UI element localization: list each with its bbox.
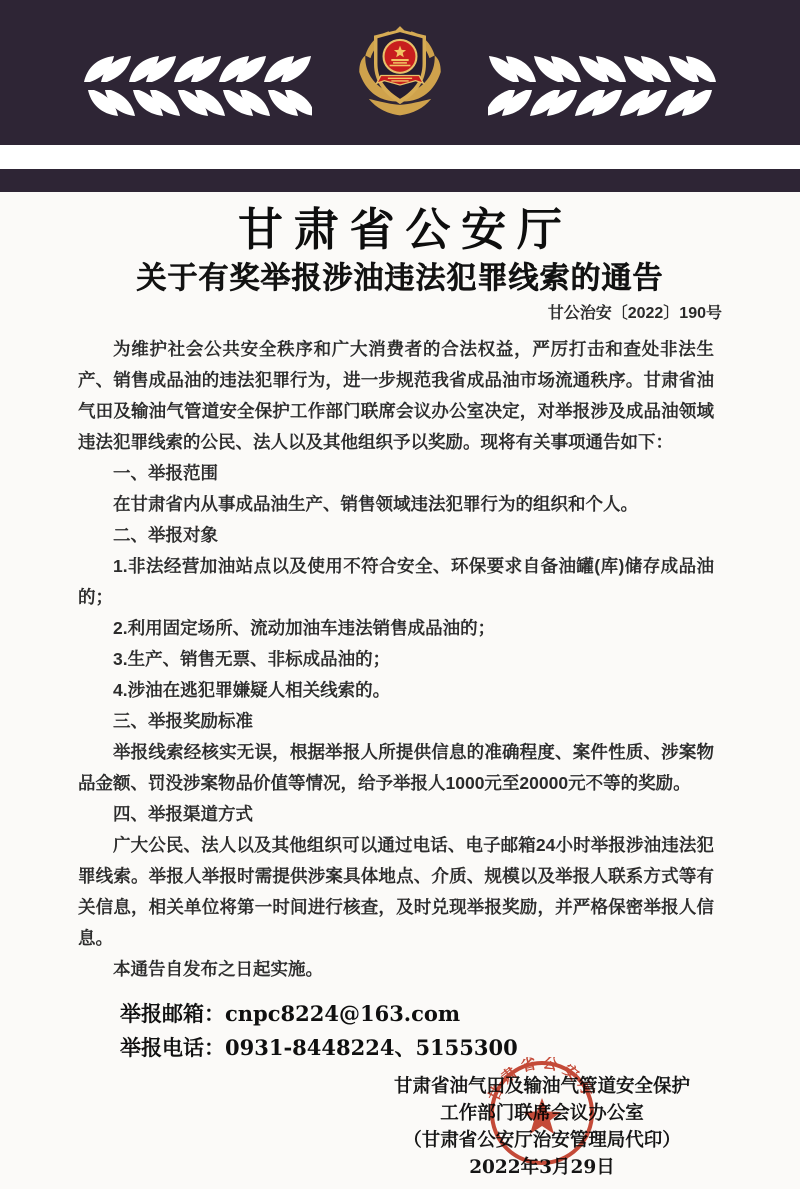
report-phone-value: 0931-8448224、5155300 (225, 1035, 518, 1060)
notice-sheet: 甘肃省公安厅 关于有奖举报涉油违法犯罪线索的通告 甘公治安〔2022〕190号 … (0, 192, 800, 1181)
signature-block: 甘肃省油气田及输油气管道安全保护 工作部门联席会议办公室 （甘肃省公安厅治安管理… (332, 1073, 752, 1181)
divider-stripe-white (0, 145, 800, 169)
signature-date: 2022年3月29日 (332, 1154, 752, 1181)
body-paragraph: 本通告自发布之日起实施。 (78, 954, 714, 985)
list-item: 4.涉油在逃犯罪嫌疑人相关线索的。 (78, 675, 714, 706)
notice-poster: 甘肃省公安厅 关于有奖举报涉油违法犯罪线索的通告 甘公治安〔2022〕190号 … (0, 0, 800, 1189)
agency-title: 甘肃省公安厅 (0, 204, 800, 256)
section-heading: 二、举报对象 (78, 520, 714, 551)
header-band (0, 0, 800, 145)
list-item: 1.非法经营加油站点以及使用不符合安全、环保要求自备油罐(库)储存成品油的； (78, 551, 714, 613)
report-phone-label: 举报电话： (120, 1035, 225, 1060)
doc-number: 甘公治安〔2022〕190号 (0, 303, 800, 325)
police-badge-emblem-icon (348, 13, 452, 131)
report-email-label: 举报邮箱： (120, 1001, 225, 1026)
list-item: 3.生产、销售无票、非标成品油的； (78, 644, 714, 675)
contact-block: 举报邮箱：cnpc8224@163.com 举报电话：0931-8448224、… (78, 997, 714, 1065)
body-paragraph: 在甘肃省内从事成品油生产、销售领域违法犯罪行为的组织和个人。 (78, 489, 714, 520)
body-paragraph: 举报线索经核实无误，根据举报人所提供信息的准确程度、案件性质、涉案物品金额、罚没… (78, 737, 714, 799)
report-email-value: cnpc8224@163.com (225, 1001, 460, 1026)
body-paragraph: 广大公民、法人以及其他组织可以通过电话、电子邮箱24小时举报涉油违法犯罪线索。举… (78, 830, 714, 954)
wing-chevrons-right-icon (488, 56, 716, 116)
wing-chevrons-left-icon (84, 56, 312, 116)
notice-body: 为维护社会公共安全秩序和广大消费者的合法权益，严厉打击和查处非法生产、销售成品油… (78, 334, 714, 985)
divider-stripe-dark (0, 169, 800, 192)
section-heading: 四、举报渠道方式 (78, 799, 714, 830)
report-email: 举报邮箱：cnpc8224@163.com (78, 997, 714, 1031)
signature-line: 工作部门联席会议办公室 (332, 1100, 752, 1127)
section-heading: 一、举报范围 (78, 458, 714, 489)
signature-line: 甘肃省油气田及输油气管道安全保护 (332, 1073, 752, 1100)
signature-line: （甘肃省公安厅治安管理局代印） (332, 1127, 752, 1154)
report-phone: 举报电话：0931-8448224、5155300 (78, 1031, 714, 1065)
notice-title: 关于有奖举报涉油违法犯罪线索的通告 (0, 260, 800, 298)
body-paragraph: 为维护社会公共安全秩序和广大消费者的合法权益，严厉打击和查处非法生产、销售成品油… (78, 334, 714, 458)
list-item: 2.利用固定场所、流动加油车违法销售成品油的； (78, 613, 714, 644)
section-heading: 三、举报奖励标准 (78, 706, 714, 737)
